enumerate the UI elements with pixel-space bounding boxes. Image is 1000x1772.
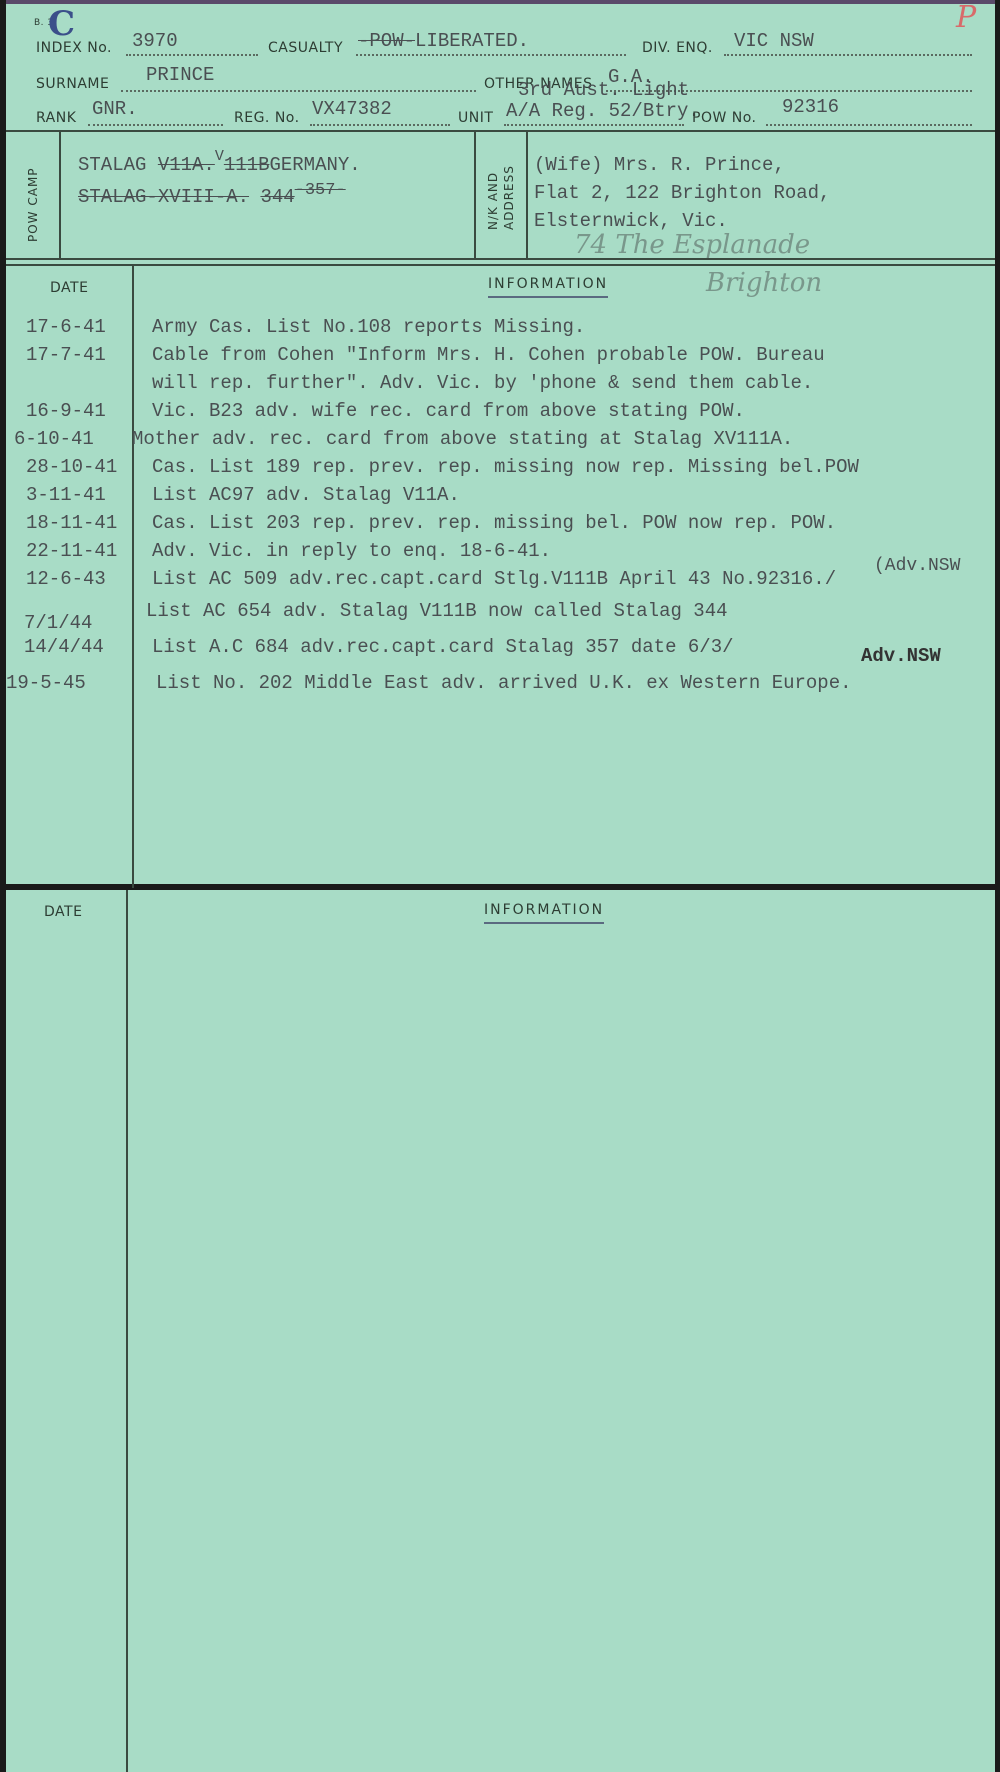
row-text: List A.C 684 adv.rec.capt.card Stalag 35… bbox=[152, 636, 734, 658]
reg-no-value: VX47382 bbox=[312, 98, 392, 120]
nk-address-line1: (Wife) Mrs. R. Prince, bbox=[534, 154, 785, 176]
divider bbox=[6, 130, 995, 132]
rank-dotline bbox=[88, 124, 223, 126]
pow-camp-line2-superscript: -357- bbox=[295, 181, 346, 200]
row-text: Cable from Cohen "Inform Mrs. H. Cohen p… bbox=[152, 344, 825, 366]
casualty-current: LIBERATED. bbox=[415, 30, 529, 52]
casualty-card-back: DATE INFORMATION bbox=[6, 890, 995, 1772]
row-text: Cas. List 203 rep. prev. rep. missing be… bbox=[152, 512, 836, 534]
pow-camp-label: POW CAMP bbox=[26, 167, 40, 242]
divider bbox=[6, 264, 995, 266]
row-text: Army Cas. List No.108 reports Missing. bbox=[152, 316, 585, 338]
unit-value-line2: A/A Reg. 52/Btry. bbox=[506, 100, 700, 122]
row-date: 12-6-43 bbox=[26, 568, 106, 590]
pow-camp-prefix: STALAG bbox=[78, 154, 146, 176]
index-prefix-handwritten: C bbox=[48, 4, 75, 44]
row-date: 3-11-41 bbox=[26, 484, 106, 506]
nk-address-handwritten-2: Brighton bbox=[706, 268, 822, 298]
nk-address-handwritten-1: 74 The Esplanade bbox=[574, 230, 810, 260]
row-date: 17-6-41 bbox=[26, 316, 106, 338]
row-date: 28-10-41 bbox=[26, 456, 117, 478]
div-enq-value: VIC NSW bbox=[734, 30, 814, 52]
row-text: Adv. Vic. in reply to enq. 18-6-41. bbox=[152, 540, 551, 562]
row-text: Vic. B23 adv. wife rec. card from above … bbox=[152, 400, 745, 422]
pow-camp-line2-struck: STALAG-XVIII-A. bbox=[78, 186, 249, 208]
row-text: Cas. List 189 rep. prev. rep. missing no… bbox=[152, 456, 859, 478]
row-text: List AC 509 adv.rec.capt.card Stlg.V111B… bbox=[152, 568, 836, 590]
row-date: 17-7-41 bbox=[26, 344, 106, 366]
div-enq-dotline bbox=[724, 54, 972, 56]
date-header: DATE bbox=[50, 280, 88, 296]
pow-camp-line2-value: 344 bbox=[260, 186, 294, 208]
date-header: DATE bbox=[44, 904, 82, 920]
casualty-card-front: B. 3. C INDEX No. 3970 CASUALTY -POW-LIB… bbox=[6, 0, 995, 884]
pow-no-dotline bbox=[766, 124, 972, 126]
index-label: INDEX No. bbox=[36, 40, 112, 56]
pow-camp-line1: STALAG V11A.V111BGERMANY. bbox=[78, 154, 361, 176]
div-enq-label: DIV. ENQ. bbox=[642, 40, 713, 56]
row-text: List AC 654 adv. Stalag V111B now called… bbox=[146, 600, 728, 622]
information-header: INFORMATION bbox=[484, 902, 604, 924]
row-date: 22-11-41 bbox=[26, 540, 117, 562]
corner-mark-handwritten: P bbox=[956, 0, 976, 35]
information-header: INFORMATION bbox=[488, 276, 608, 298]
row-text: List No. 202 Middle East adv. arrived U.… bbox=[156, 672, 852, 694]
date-column-divider bbox=[132, 264, 134, 888]
pow-camp-line2: STALAG-XVIII-A. 344-357- bbox=[78, 186, 346, 208]
unit-value-line1: 3rd Aust. Light bbox=[518, 82, 689, 99]
unit-label: UNIT bbox=[458, 110, 493, 126]
casualty-label: CASUALTY bbox=[268, 40, 343, 56]
nk-label-line1: N/K AND bbox=[486, 172, 500, 230]
row-date: 6-10-41 bbox=[14, 428, 94, 450]
casualty-dotline bbox=[356, 54, 626, 56]
reg-no-label: REG. No. bbox=[234, 110, 300, 126]
pow-camp-suffix: GERMANY. bbox=[269, 154, 360, 176]
surname-label: SURNAME bbox=[36, 76, 109, 92]
date-column-divider bbox=[126, 890, 128, 1772]
divider bbox=[6, 258, 995, 260]
casualty-struck: -POW- bbox=[358, 30, 415, 52]
pow-camp-struck2: 111B bbox=[224, 154, 270, 176]
nk-label-line2: ADDRESS bbox=[502, 165, 516, 230]
casualty-value: -POW-LIBERATED. bbox=[358, 30, 529, 52]
annotation-adv-nsw-2: Adv.NSW bbox=[861, 645, 941, 667]
divider bbox=[59, 130, 61, 258]
row-date: 7/1/44 bbox=[24, 612, 92, 634]
surname-value: PRINCE bbox=[146, 64, 214, 86]
index-value: 3970 bbox=[132, 30, 178, 52]
pow-no-value: 92316 bbox=[782, 96, 839, 118]
row-date: 16-9-41 bbox=[26, 400, 106, 422]
unit-dotline bbox=[504, 124, 684, 126]
index-dotline bbox=[126, 54, 258, 56]
nk-address-line3: Elsternwick, Vic. bbox=[534, 210, 728, 232]
pow-camp-superscript: V bbox=[215, 148, 224, 165]
row-text: List AC97 adv. Stalag V11A. bbox=[152, 484, 460, 506]
row-date: 19-5-45 bbox=[6, 672, 86, 694]
rank-value: GNR. bbox=[92, 98, 138, 120]
row-date: 18-11-41 bbox=[26, 512, 117, 534]
divider bbox=[526, 130, 528, 258]
row-date: 14/4/44 bbox=[24, 636, 104, 658]
rank-label: RANK bbox=[36, 110, 76, 126]
reg-no-dotline bbox=[310, 124, 450, 126]
row-text: will rep. further". Adv. Vic. by 'phone … bbox=[152, 372, 813, 394]
row-text: Mother adv. rec. card from above stating… bbox=[132, 428, 793, 450]
divider bbox=[474, 130, 476, 258]
annotation-adv-nsw: (Adv.NSW bbox=[874, 556, 960, 576]
pow-camp-struck: V11A. bbox=[158, 154, 215, 176]
surname-dotline bbox=[121, 90, 476, 92]
pow-no-label: POW No. bbox=[692, 110, 757, 126]
nk-address-line2: Flat 2, 122 Brighton Road, bbox=[534, 182, 830, 204]
